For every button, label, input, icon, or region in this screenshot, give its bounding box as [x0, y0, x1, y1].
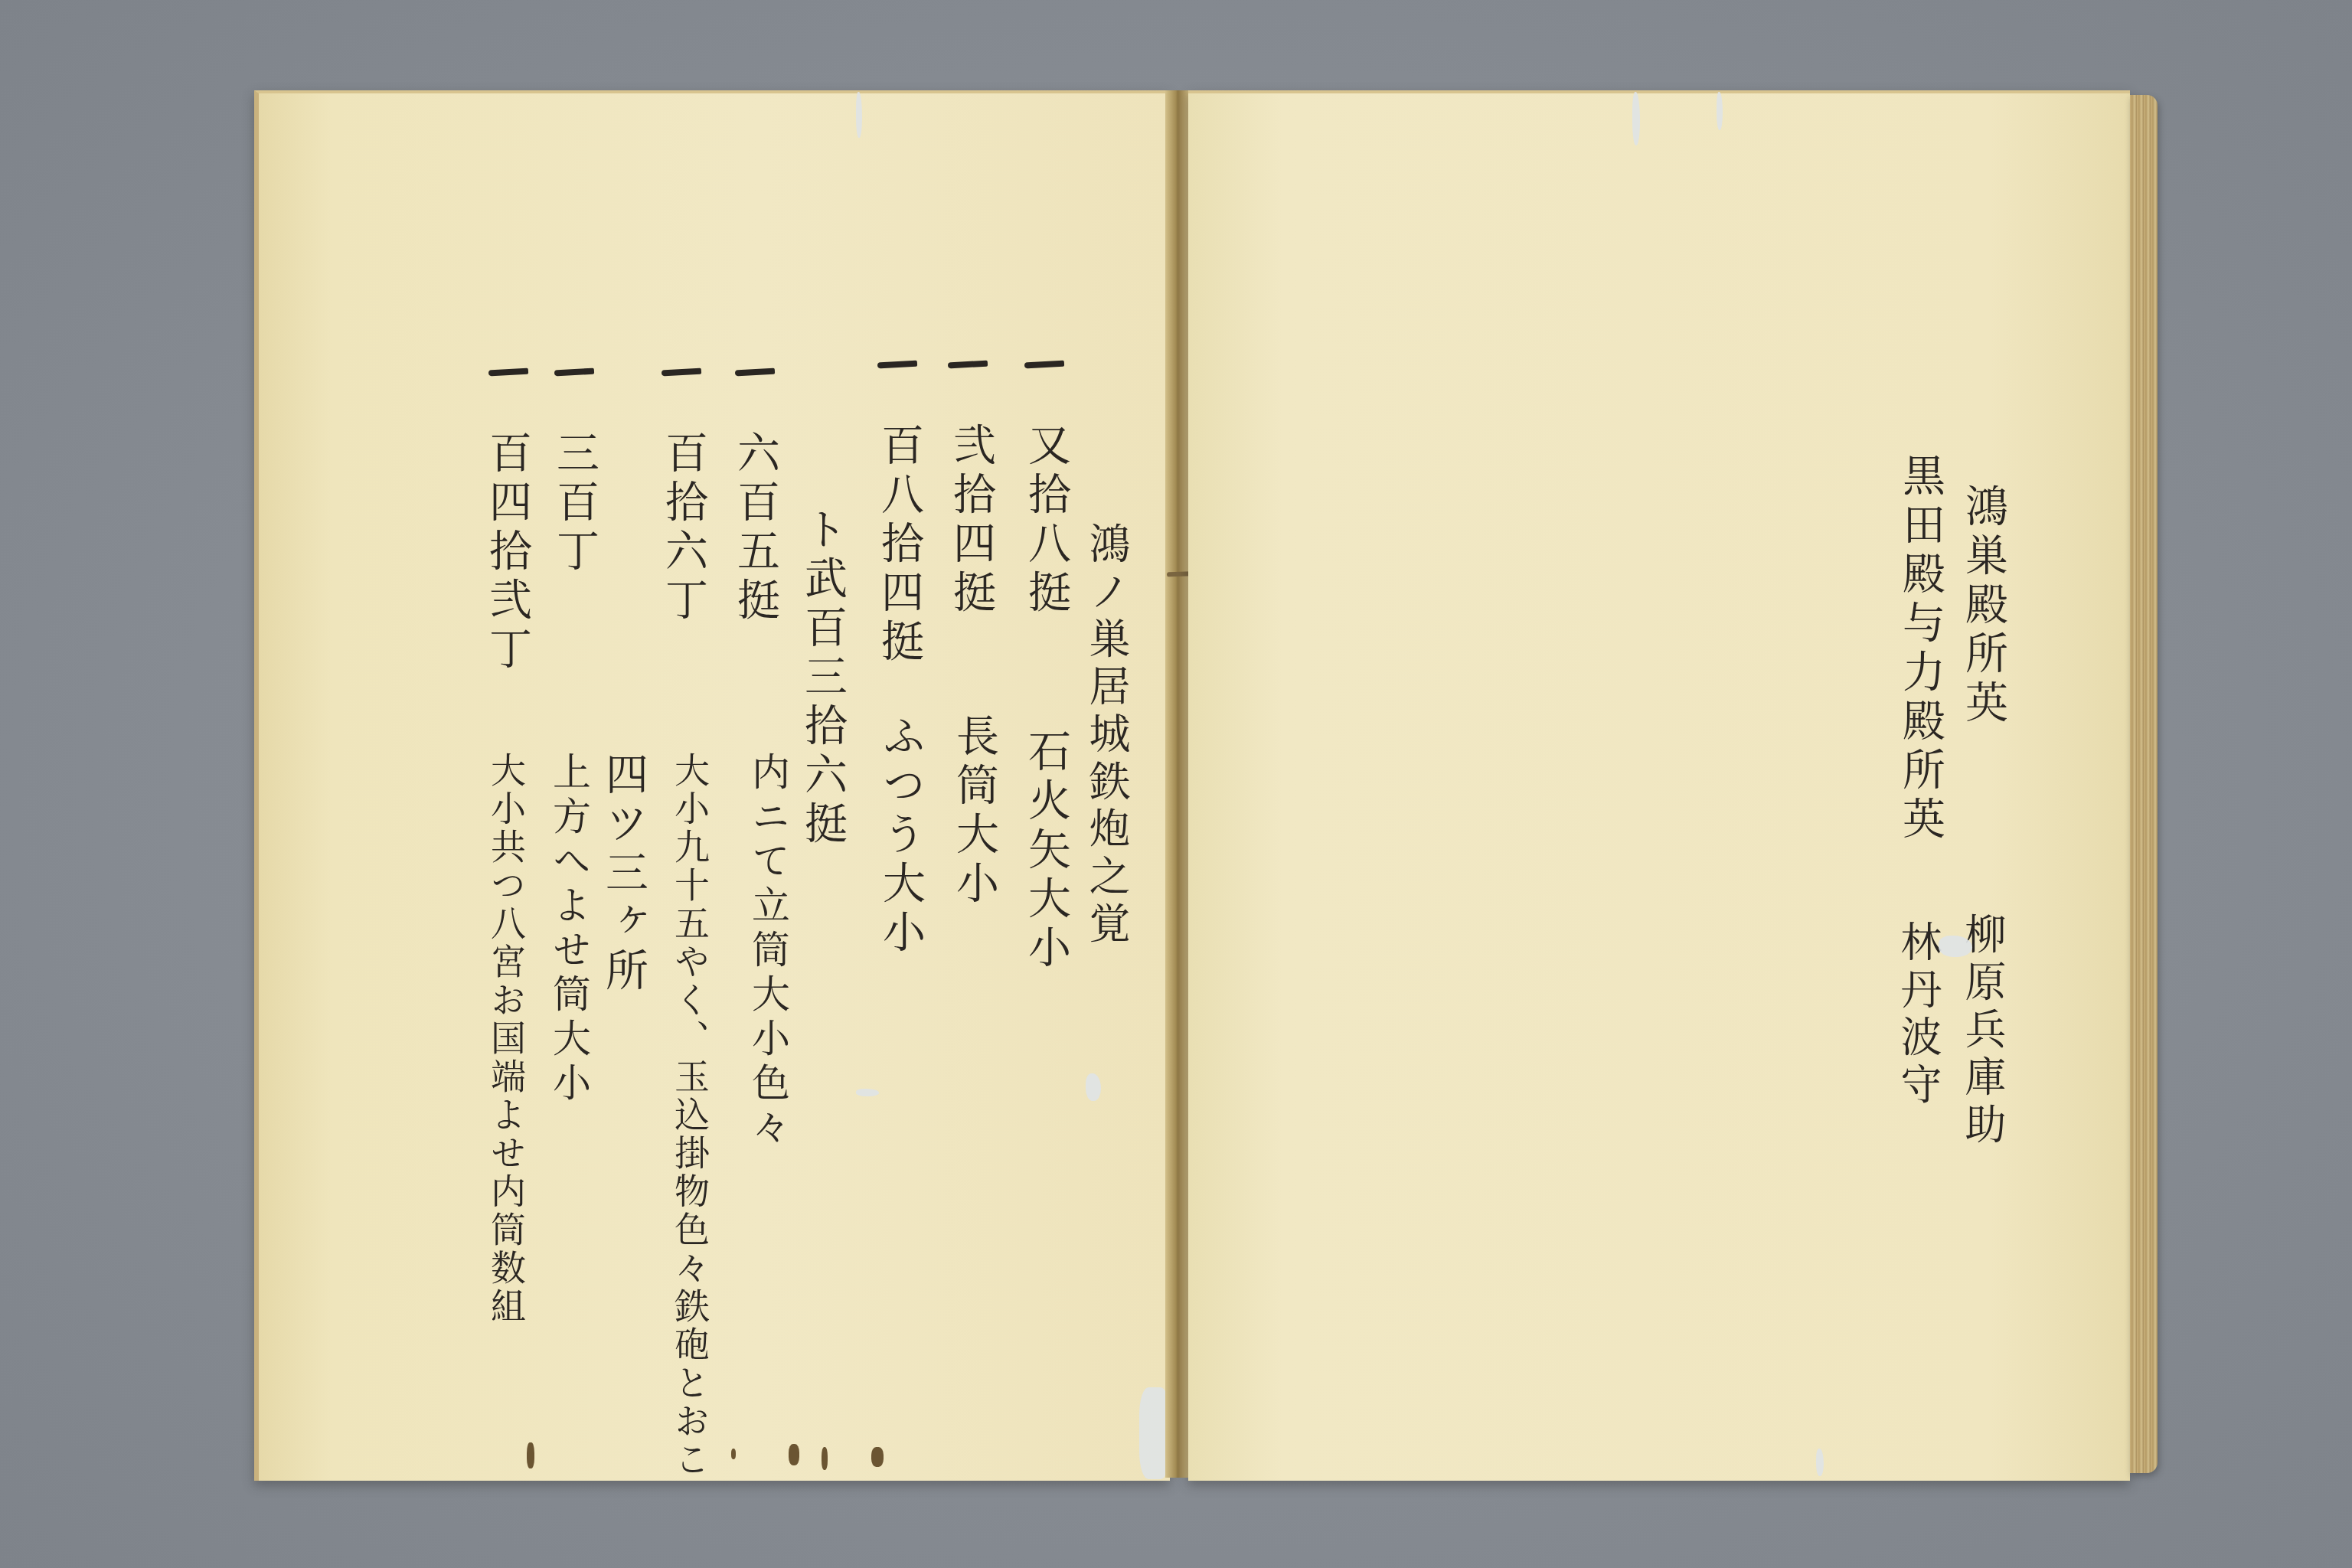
entry-item-1: 又拾八挺	[1024, 423, 1067, 619]
right-page-line-2: 黒田殿与力殿所英	[1899, 453, 1942, 845]
open-manuscript: 鴻ノ巣居城鉄炮之覚 又拾八挺 石火矢大小 弐拾四挺 長筒大小 百八拾四挺 ふつう…	[254, 90, 2138, 1478]
left-page-heading: 鴻ノ巣居城鉄炮之覚	[1086, 522, 1127, 949]
paper-damage	[856, 1089, 879, 1096]
entry-note-6: 上方へよせ筒大小	[550, 752, 588, 1107]
entry-marker-1	[1024, 361, 1064, 369]
signature-2: 林丹波守	[1897, 920, 1939, 1110]
paper-damage	[1939, 936, 1972, 957]
paper-damage	[1717, 92, 1723, 130]
entry-note-5: 大小九十五やく、玉込掛物色々鉄砲とおこ	[672, 752, 707, 1479]
left-page-subheading: ト武百三拾六挺	[801, 507, 844, 850]
entry-item-6: 三百丁	[553, 430, 596, 577]
entry-marker-2	[948, 361, 988, 369]
paper-damage	[1086, 1073, 1101, 1101]
page-stack-edges	[2130, 95, 2158, 1473]
entry-note-7: 大小共つ八宮お国端よせ内筒数組	[488, 752, 524, 1326]
wormhole	[871, 1447, 884, 1467]
entry-note-1: 石火矢大小	[1024, 729, 1067, 974]
entry-note-4: 内ニて立筒大小色々	[749, 752, 787, 1151]
right-page-line-1: 鴻巣殿所英	[1962, 484, 2004, 729]
entry-item-4: 六百五挺	[733, 430, 776, 626]
entry-item-3: 百八拾四挺	[877, 423, 920, 668]
left-page: 鴻ノ巣居城鉄炮之覚 又拾八挺 石火矢大小 弐拾四挺 長筒大小 百八拾四挺 ふつう…	[254, 90, 1170, 1481]
entry-item-5: 百拾六丁	[661, 430, 704, 626]
entry-note-2: 長筒大小	[952, 714, 995, 910]
entry-marker-6	[554, 368, 594, 377]
entry-marker-5	[661, 368, 701, 377]
entry-item-7: 百四拾弐丁	[485, 430, 528, 675]
wormhole	[789, 1444, 799, 1465]
book-gutter	[1165, 90, 1188, 1478]
paper-damage	[856, 92, 862, 138]
wormhole	[822, 1447, 828, 1470]
entry-marker-7	[488, 368, 528, 377]
entry-extra-line: 四ツ三ヶ所	[602, 752, 645, 997]
wormhole	[527, 1442, 534, 1468]
paper-damage	[1816, 1449, 1824, 1476]
entry-item-2: 弐拾四挺	[949, 423, 992, 619]
entry-marker-4	[735, 368, 775, 377]
entry-note-3: ふつう大小	[879, 714, 922, 959]
right-page: 鴻巣殿所英 黒田殿与力殿所英 柳原兵庫助 林丹波守	[1188, 90, 2130, 1481]
wormhole	[731, 1449, 736, 1459]
paper-damage	[1632, 92, 1640, 145]
entry-marker-3	[877, 361, 917, 369]
